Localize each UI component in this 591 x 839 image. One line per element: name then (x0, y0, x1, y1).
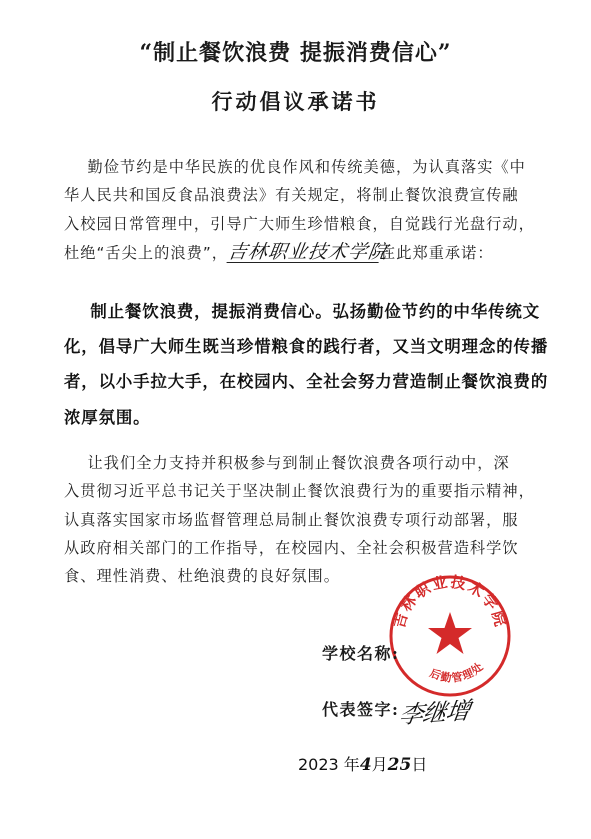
paragraph-line: 杜绝“舌尖上的浪费”，吉林职业技术学院在此郑重承诺： (64, 242, 494, 263)
date: 2023 年4月25日 (298, 752, 427, 775)
paragraph-line: 制止餐饮浪费，提振消费信心。弘扬勤俭节约的中华传统文 (64, 298, 540, 322)
paragraph-line: 从政府相关部门的工作指导，在校园内、全社会积极营造科学饮 (64, 537, 519, 558)
representative-signature-label: 代表签字: (322, 697, 399, 720)
text-suffix: 在此郑重承诺： (380, 244, 494, 262)
svg-text:后勤管理处: 后勤管理处 (428, 659, 487, 685)
paragraph-line: 入贯彻习近平总书记关于坚决制止餐饮浪费行为的重要指示精神， (64, 480, 535, 501)
school-name-label: 学校名称: (322, 641, 399, 664)
paragraph-line: 化，倡导广大师生既当珍惜粮食的践行者，又当文明理念的传播 (64, 333, 548, 357)
school-name-field[interactable]: 吉林职业技术学院 (227, 242, 382, 263)
date-year: 2023 年 (298, 755, 360, 774)
date-day: 25 (388, 755, 412, 775)
paragraph-line: 者，以小手拉大手，在校园内、全社会努力营造制止餐饮浪费的 (64, 368, 548, 392)
paragraph-line: 食、理性消费、杜绝浪费的良好氛围。 (64, 565, 340, 586)
text-prefix: 杜绝“舌尖上的浪费”， (64, 244, 228, 262)
official-seal: 吉林职业技术学院 后勤管理处 (388, 574, 512, 698)
paragraph-line: 勤俭节约是中华民族的优良作风和传统美德，为认真落实《中 (64, 156, 526, 177)
date-month-unit: 月 (372, 755, 388, 774)
paragraph-line: 认真落实国家市场监督管理总局制止餐饮浪费专项行动部署，服 (64, 509, 519, 530)
paragraph-line: 让我们全力支持并积极参与到制止餐饮浪费各项行动中，深 (64, 452, 510, 473)
date-month: 4 (360, 755, 372, 775)
star-icon (428, 612, 472, 654)
date-day-unit: 日 (411, 755, 427, 774)
representative-signature[interactable]: 李继增 (397, 691, 472, 731)
paragraph-line: 浓厚氛围。 (64, 404, 150, 428)
paragraph-line: 华人民共和国反食品浪费法》有关规定，将制止餐饮浪费宣传融 (64, 184, 519, 205)
paragraph-line: 入校园日常管理中，引导广大师生珍惜粮食，自觉践行光盘行动， (64, 213, 535, 234)
document-title: “制止餐饮浪费 提振消费信心” (0, 36, 591, 67)
seal-bottom-text: 后勤管理处 (428, 659, 487, 685)
document-subtitle: 行动倡议承诺书 (0, 86, 591, 116)
